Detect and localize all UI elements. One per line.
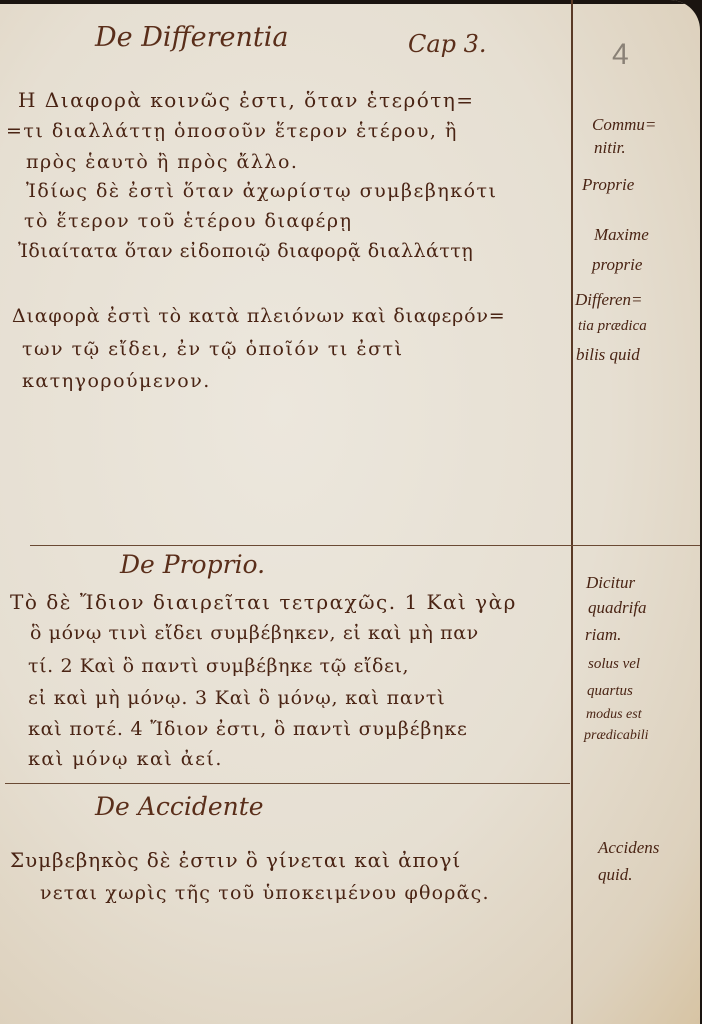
margin-note: prædicabili — [584, 728, 649, 744]
text-line: Συμβεβηκὸς δὲ ἐστιν ὃ γίνεται καὶ ἀπογί — [10, 848, 461, 872]
text-line: νεται χωρὶς τῆς τοῦ ὑποκειμένου φθορᾶς. — [40, 882, 490, 904]
text-line: πρὸς ἑαυτὸ ἢ πρὸς ἄλλο. — [26, 151, 298, 173]
text-line: καὶ μόνῳ καὶ ἀεί. — [28, 748, 223, 770]
section-divider — [5, 783, 570, 784]
text-line: Ἰδιαίτατα ὅταν εἰδοποιῷ διαφορᾷ διαλλάττ… — [18, 240, 473, 262]
text-line: καὶ ποτέ. 4 Ἴδιον ἐστι, ὃ παντὶ συμβέβηκ… — [28, 718, 468, 740]
section-heading: De Differentia — [95, 22, 288, 53]
section-heading: De Accidente — [95, 792, 264, 821]
text-line: τὸ ἕτερον τοῦ ἑτέρου διαφέρῃ — [24, 210, 352, 232]
margin-note: Differen= — [575, 290, 643, 310]
margin-note: quid. — [598, 865, 632, 885]
text-line: εἰ καὶ μὴ μόνῳ. 3 Καὶ ὃ μόνῳ, καὶ παντὶ — [28, 687, 445, 709]
margin-note: Accidens — [598, 838, 659, 858]
margin-note: quartus — [587, 683, 633, 700]
margin-note: quadrifa — [588, 598, 647, 618]
text-line: τί. 2 Καὶ ὃ παντὶ συμβέβηκε τῷ εἴδει, — [28, 655, 409, 677]
text-line: =τι διαλλάττῃ ὁποσοῦν ἕτερον ἑτέρου, ἢ — [6, 120, 458, 142]
section-divider — [30, 545, 700, 546]
chapter-label: Cap 3. — [408, 30, 487, 58]
section-heading: De Proprio. — [120, 550, 265, 579]
manuscript-page: 4 De Differentia Cap 3. Η Διαφορὰ κοινῶς… — [0, 0, 700, 1024]
margin-note: riam. — [585, 625, 621, 645]
margin-note: nitir. — [594, 138, 626, 158]
margin-note: Dicitur — [586, 573, 635, 593]
page-number: 4 — [612, 38, 629, 72]
text-line: ὃ μόνῳ τινὶ εἴδει συμβέβηκεν, εἰ καὶ μὴ … — [30, 622, 479, 644]
margin-note: Maxime — [594, 225, 649, 245]
text-line: των τῷ εἴδει, ἐν τῷ ὁποῖόν τι ἐστὶ — [22, 338, 404, 360]
text-line: Τὸ δὲ Ἴδιον διαιρεῖται τετραχῶς. 1 Καὶ γ… — [10, 590, 517, 614]
text-line: Η Διαφορὰ κοινῶς ἐστι, ὅταν ἑτερότη= — [18, 88, 475, 112]
margin-note: tia prædica — [578, 318, 647, 335]
margin-note: bilis quid — [576, 345, 640, 365]
text-line: κατηγορούμενον. — [22, 370, 211, 392]
margin-note: modus est — [586, 707, 642, 723]
margin-note: Proprie — [582, 175, 634, 195]
margin-note: proprie — [592, 255, 642, 275]
text-line: Διαφορὰ ἐστὶ τὸ κατὰ πλειόνων καὶ διαφερ… — [12, 305, 505, 327]
text-line: Ἰδίως δὲ ἐστὶ ὅταν ἀχωρίστῳ συμβεβηκότι — [26, 180, 497, 202]
margin-note: Commu= — [592, 115, 656, 135]
margin-rule — [571, 0, 573, 1024]
margin-note: solus vel — [588, 656, 640, 673]
